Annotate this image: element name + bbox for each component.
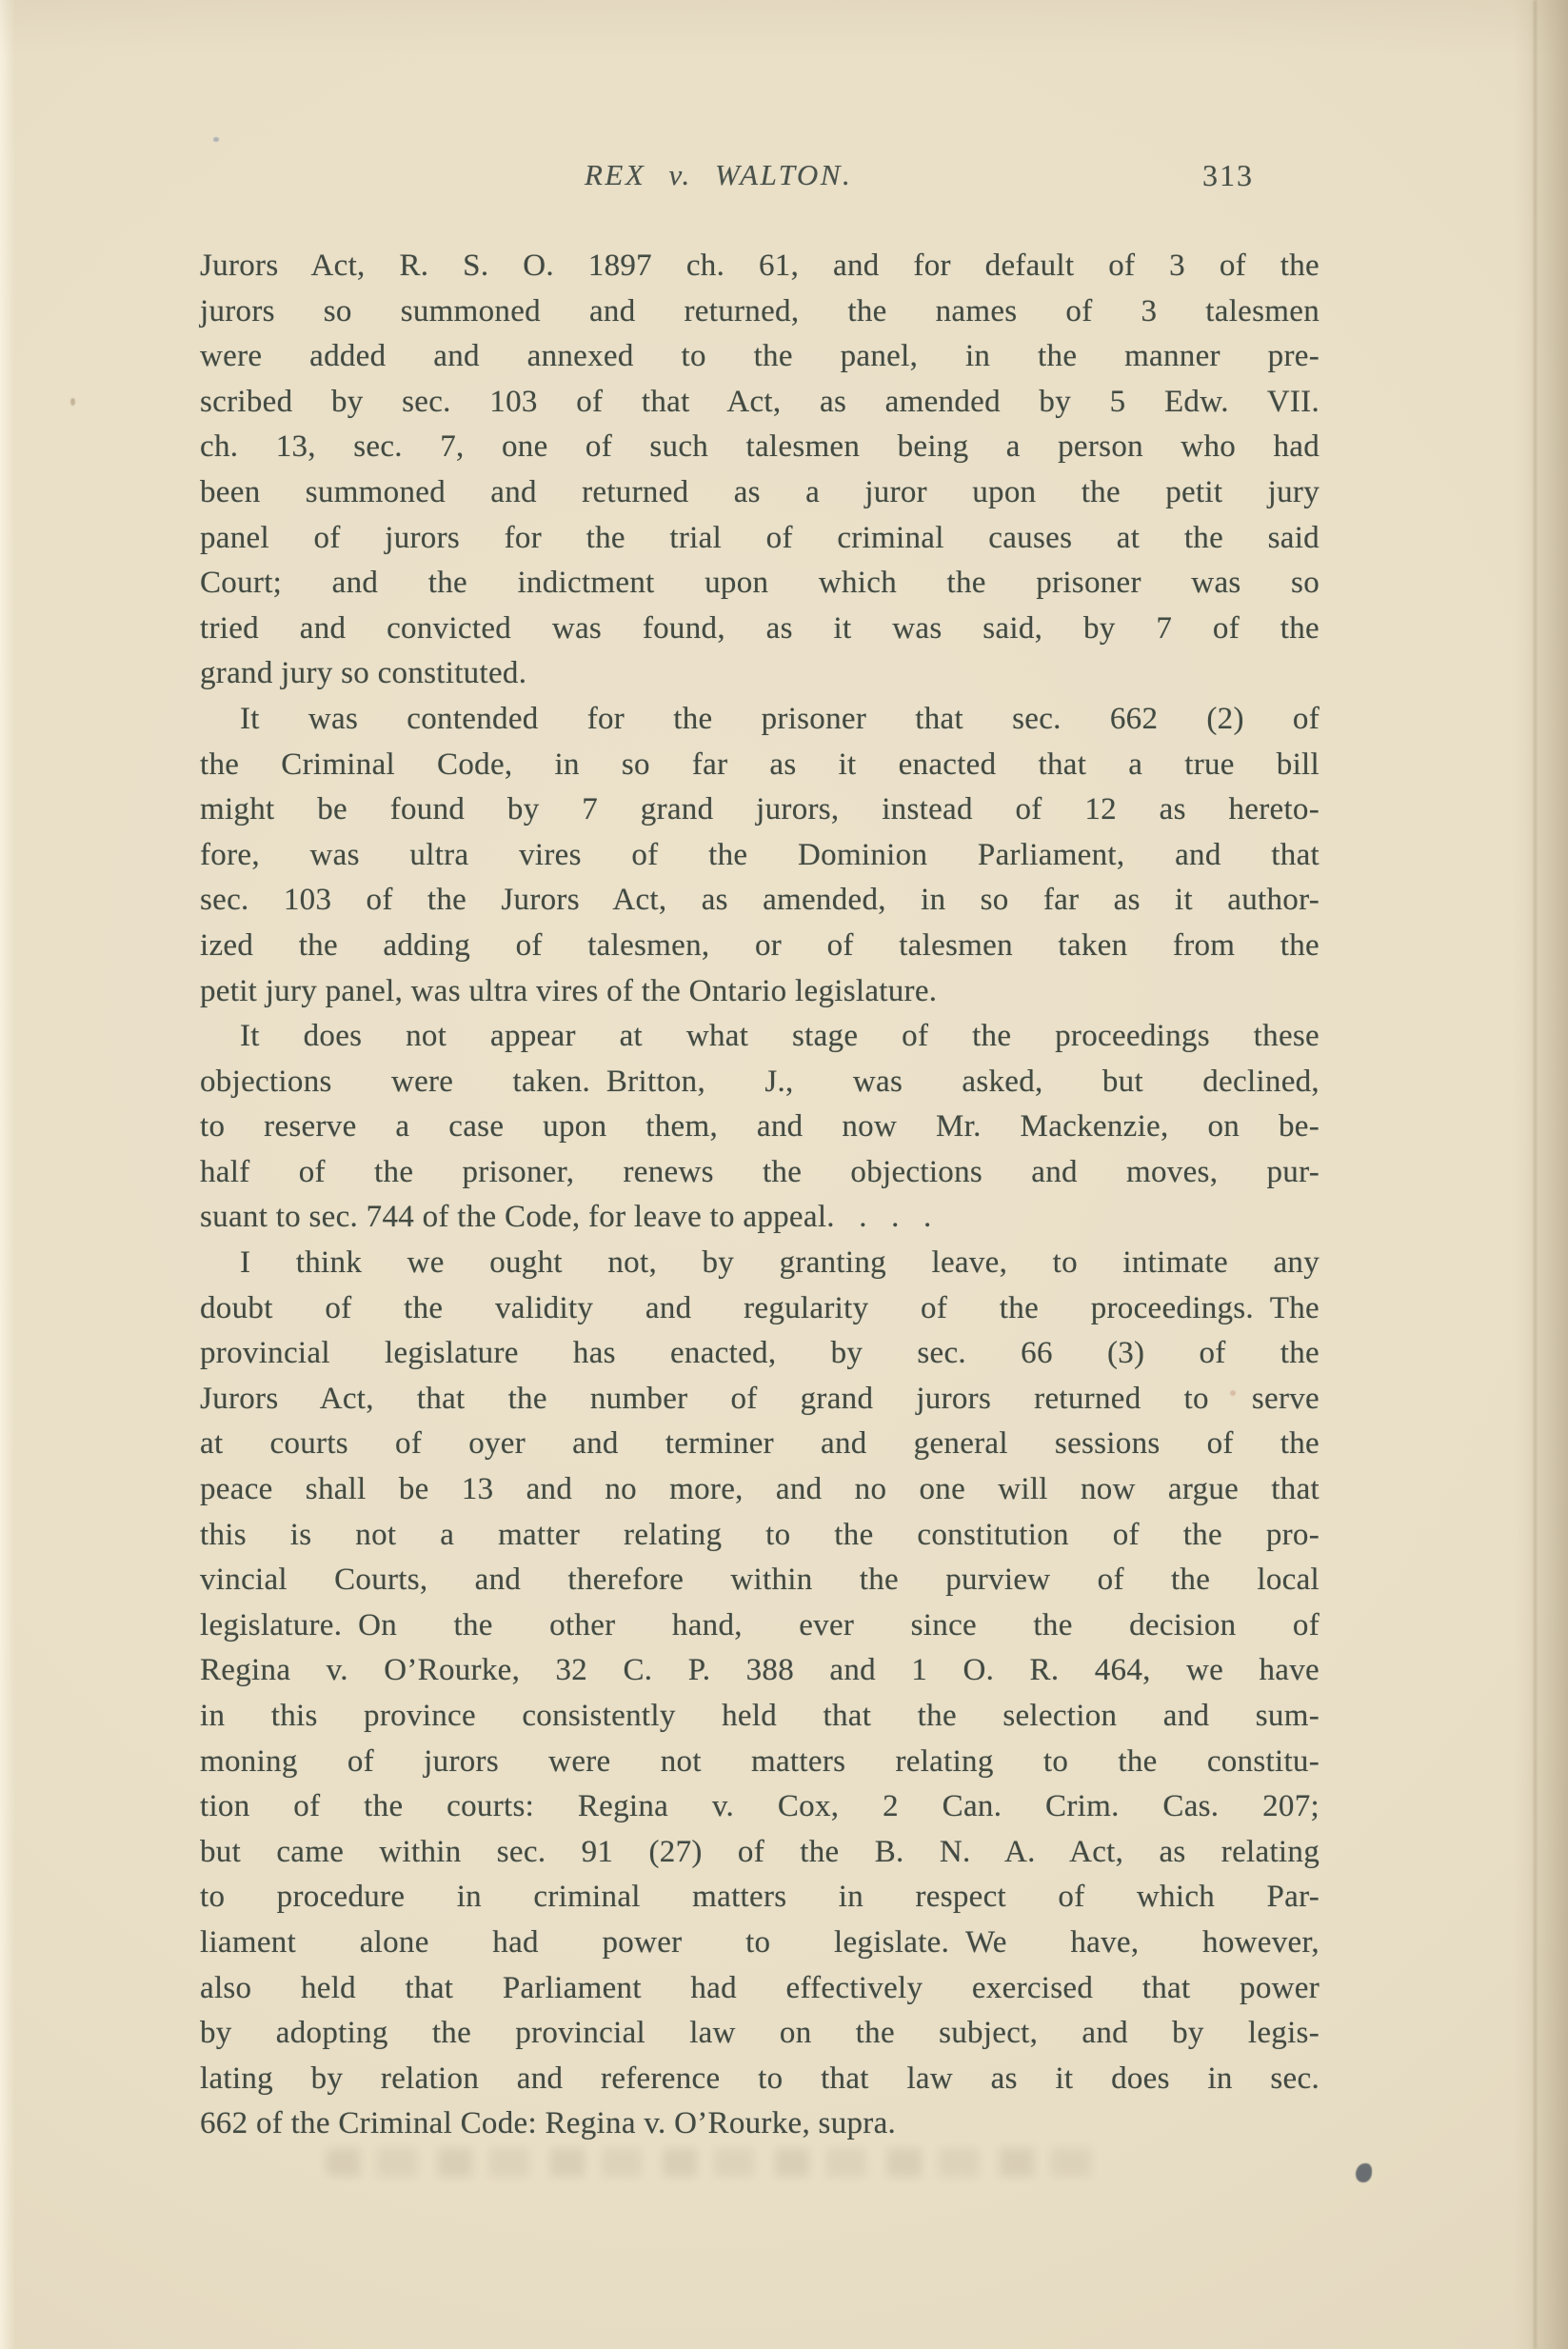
text-line: but came within sec. 91 (27) of the B. N… [200, 1830, 1320, 1876]
case-title: REX v. WALTON. [585, 158, 852, 192]
text-line: sec. 103 of the Jurors Act, as amended, … [200, 878, 1320, 924]
paper-speck [70, 398, 75, 406]
text-line: Jurors Act, R. S. O. 1897 ch. 61, and fo… [200, 244, 1320, 289]
text-line: lating by relation and reference to that… [200, 2057, 1320, 2102]
text-line: half of the prisoner, renews the objecti… [200, 1150, 1320, 1196]
text-line: Regina v. O’Rourke, 32 C. P. 388 and 1 O… [200, 1648, 1320, 1694]
text-line: this is not a matter relating to the con… [200, 1513, 1320, 1559]
text-line: jurors so summoned and returned, the nam… [200, 289, 1320, 335]
page-number: 313 [1202, 158, 1254, 193]
text-line: fore, was ultra vires of the Dominion Pa… [200, 833, 1320, 879]
text-line: petit jury panel, was ultra vires of the… [200, 969, 1320, 1015]
text-line: Court; and the indictment upon which the… [200, 561, 1320, 607]
text-line: the Criminal Code, in so far as it enact… [200, 743, 1320, 788]
text-line: at courts of oyer and terminer and gener… [200, 1422, 1320, 1467]
text-line: liament alone had power to legislate. We… [200, 1921, 1320, 1966]
text-line: moning of jurors were not matters relati… [200, 1740, 1320, 1785]
text-line: been summoned and returned as a juror up… [200, 470, 1320, 516]
text-line: vincial Courts, and therefore within the… [200, 1558, 1320, 1603]
text-block: Jurors Act, R. S. O. 1897 ch. 61, and fo… [200, 244, 1320, 2147]
ink-blot [1356, 2163, 1372, 2182]
text-line: objections were taken. Britton, J., was … [200, 1060, 1320, 1105]
text-line: to reserve a case upon them, and now Mr.… [200, 1105, 1320, 1150]
text-line: provincial legislature has enacted, by s… [200, 1331, 1320, 1377]
text-line: also held that Parliament had effectivel… [200, 1966, 1320, 2012]
text-line: might be found by 7 grand jurors, instea… [200, 787, 1320, 833]
text-line: tion of the courts: Regina v. Cox, 2 Can… [200, 1784, 1320, 1830]
text-line: It does not appear at what stage of the … [200, 1014, 1320, 1060]
text-line: by adopting the provincial law on the su… [200, 2011, 1320, 2057]
text-line: to procedure in criminal matters in resp… [200, 1875, 1320, 1921]
text-line: scribed by sec. 103 of that Act, as amen… [200, 380, 1320, 426]
text-line: panel of jurors for the trial of crimina… [200, 516, 1320, 562]
scanned-book-page: REX v. WALTON. 313 Jurors Act, R. S. O. … [0, 0, 1568, 2349]
text-line: ch. 13, sec. 7, one of such talesmen bei… [200, 425, 1320, 470]
text-line: in this province consistently held that … [200, 1694, 1320, 1740]
text-line: Jurors Act, that the number of grand jur… [200, 1377, 1320, 1423]
text-line: grand jury so constituted. [200, 651, 1320, 697]
text-line: ized the adding of talesmen, or of tales… [200, 924, 1320, 969]
text-line: tried and convicted was found, as it was… [200, 607, 1320, 652]
text-line: legislature. On the other hand, ever sin… [200, 1603, 1320, 1649]
text-line: I think we ought not, by granting leave,… [200, 1241, 1320, 1286]
running-header: REX v. WALTON. 313 [200, 158, 1319, 206]
text-line: suant to sec. 744 of the Code, for leave… [200, 1195, 1320, 1241]
page-edge-shadow [1534, 0, 1537, 2349]
show-through-smudge [326, 2148, 1099, 2177]
text-line: 662 of the Criminal Code: Regina v. O’Ro… [200, 2101, 1320, 2147]
text-line: were added and annexed to the panel, in … [200, 334, 1320, 380]
text-line: peace shall be 13 and no more, and no on… [200, 1467, 1320, 1513]
text-line: doubt of the validity and regularity of … [200, 1286, 1320, 1332]
paper-speck [1230, 1390, 1236, 1396]
paper-speck [213, 137, 219, 142]
text-line: It was contended for the prisoner that s… [200, 697, 1320, 743]
